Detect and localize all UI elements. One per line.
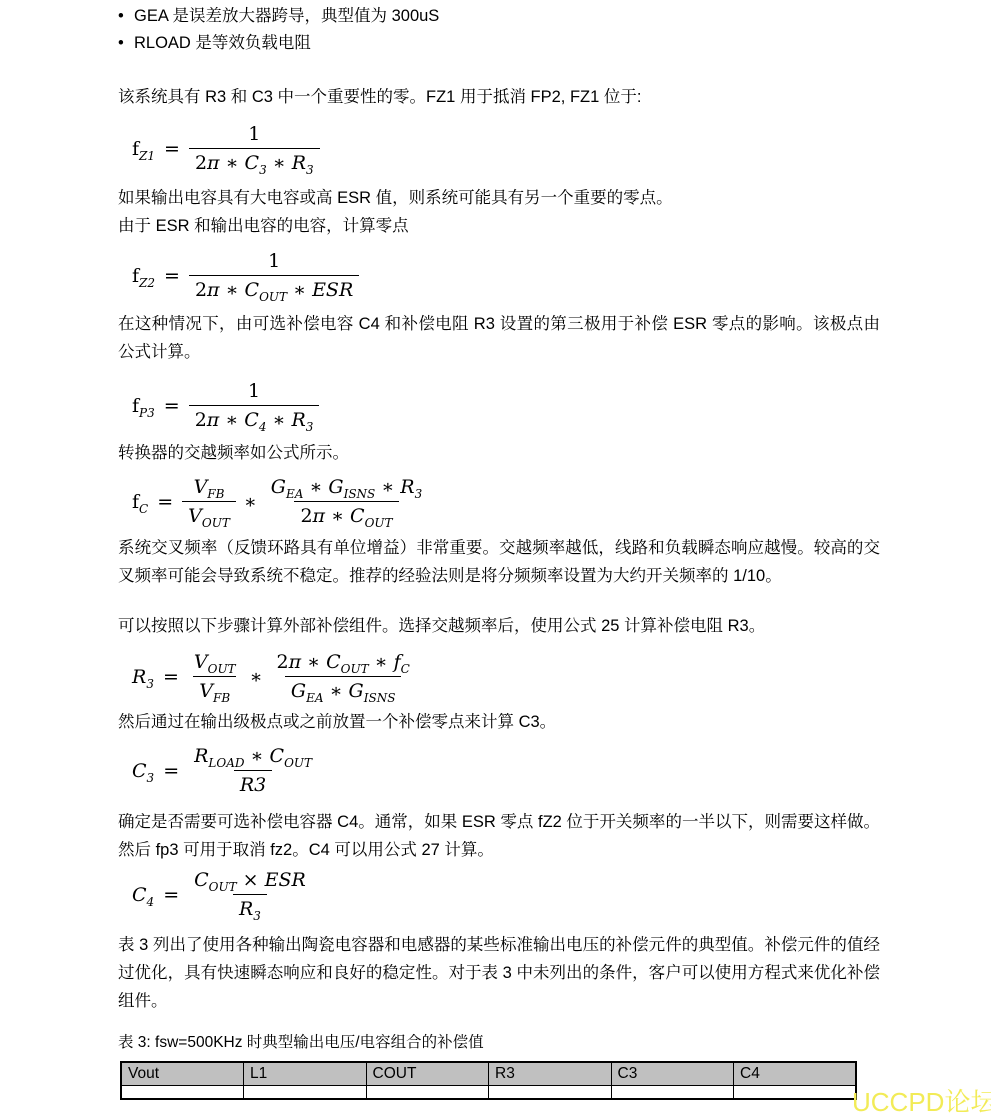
- math-token: π: [207, 152, 220, 174]
- math-token: OUT: [209, 880, 237, 894]
- numerator: VOUT: [188, 651, 242, 676]
- numerator: RLOAD ∗ COUT: [188, 745, 318, 770]
- math-token: 2: [277, 651, 289, 673]
- fraction: 2π ∗ COUT ∗ fCGEA ∗ GISNS: [271, 651, 416, 702]
- compensation-table: Vout L1 COUT R3 C3 C4: [120, 1061, 857, 1100]
- formula-fz2: fZ2=12π ∗ COUT ∗ ESR: [132, 250, 880, 301]
- math-token: 3: [253, 909, 261, 923]
- paragraph-after-fz2: 在这种情况下，由可选补偿电容 C4 和补偿电阻 R3 设置的第三极用于补偿 ES…: [118, 310, 880, 366]
- math-token: ESR: [312, 279, 353, 301]
- math-token: G: [328, 476, 343, 498]
- math-token: 3: [306, 420, 314, 434]
- page-root: { "bullets": { "marker": "•", "items": […: [0, 0, 991, 1115]
- math-token: ∗: [303, 476, 328, 498]
- table-row: [121, 1086, 856, 1100]
- fraction: GEA ∗ GISNS ∗ R32π ∗ COUT: [265, 476, 428, 527]
- math-token: f: [132, 138, 139, 160]
- math-token: R3: [240, 774, 266, 796]
- equals-sign: =: [164, 265, 180, 287]
- math-token: ∗: [325, 505, 350, 527]
- table-cell: [734, 1086, 857, 1100]
- denominator: 2π ∗ COUT: [294, 501, 398, 527]
- math-token: ∗: [375, 476, 400, 498]
- table-header-c4: C4: [734, 1062, 857, 1086]
- math-token: 1: [248, 123, 260, 145]
- math-token: C: [401, 662, 410, 676]
- paragraph-after-fz1-line2: 由于 ESR 和输出电容的电容，计算零点: [118, 212, 880, 240]
- math-token: OUT: [202, 516, 230, 530]
- numerator: VFB: [188, 476, 231, 501]
- math-token: Z2: [139, 275, 155, 289]
- numerator: COUT × ESR: [188, 869, 312, 894]
- math-token: 3: [415, 487, 423, 501]
- math-token: OUT: [208, 662, 236, 676]
- table-cell: [611, 1086, 734, 1100]
- bullet-marker: •: [118, 30, 134, 57]
- bullet-list: • GEA 是误差放大器跨导，典型值为 300uS • RLOAD 是等效负载电…: [118, 3, 880, 57]
- numerator: 2π ∗ COUT ∗ fC: [271, 651, 416, 676]
- table-header-c3: C3: [611, 1062, 734, 1086]
- equals-sign: =: [164, 395, 180, 417]
- math-token: ESR: [265, 869, 306, 891]
- math-token: ∗: [267, 152, 292, 174]
- paragraph-after-fz1-line1: 如果输出电容具有大电容或高 ESR 值，则系统可能具有另一个重要的零点。: [118, 184, 880, 212]
- denominator: GEA ∗ GISNS: [285, 676, 402, 702]
- math-token: 2: [300, 505, 312, 527]
- equals-sign: =: [163, 760, 179, 782]
- table-header-l1: L1: [244, 1062, 367, 1086]
- math-token: f: [132, 395, 139, 417]
- math-token: R: [292, 152, 306, 174]
- denominator: 2π ∗ C4 ∗ R3: [189, 405, 320, 431]
- math-token: G: [349, 680, 364, 702]
- math-token: 3: [147, 770, 155, 784]
- math-token: EA: [286, 487, 303, 501]
- math-token: P3: [139, 405, 155, 419]
- math-token: G: [271, 476, 286, 498]
- formula-lhs: fZ2: [132, 265, 155, 287]
- math-token: V: [188, 505, 202, 527]
- equals-sign: =: [157, 491, 173, 513]
- table-caption: 表 3: fsw=500KHz 时典型输出电压/电容组合的补偿值: [118, 1031, 880, 1055]
- math-token: R: [132, 666, 146, 688]
- math-token: f: [394, 651, 401, 673]
- math-token: R: [194, 745, 208, 767]
- formula-fc: fC=VFBVOUT∗GEA ∗ GISNS ∗ R32π ∗ COUT: [132, 476, 880, 527]
- fraction: VFBVOUT: [182, 476, 236, 527]
- equals-sign: =: [163, 666, 179, 688]
- math-token: 2: [195, 279, 207, 301]
- bullet-text: GEA 是误差放大器跨导，典型值为 300uS: [134, 3, 439, 30]
- math-token: C: [139, 501, 148, 515]
- math-token: V: [194, 651, 208, 673]
- math-token: FB: [213, 691, 230, 705]
- bullet-marker: •: [118, 3, 134, 30]
- denominator: R3: [233, 894, 267, 920]
- math-token: C: [245, 279, 260, 301]
- math-token: π: [313, 505, 326, 527]
- math-token: 1: [248, 380, 260, 402]
- math-token: ∗: [301, 651, 326, 673]
- math-token: ∗: [219, 409, 244, 431]
- math-token: 4: [147, 894, 155, 908]
- math-token: C: [326, 651, 341, 673]
- math-token: C: [245, 152, 260, 174]
- math-token: V: [194, 476, 208, 498]
- multiply-operator: ∗: [250, 666, 263, 688]
- denominator: 2π ∗ C3 ∗ R3: [189, 148, 320, 174]
- table-header-cout: COUT: [366, 1062, 489, 1086]
- math-token: C: [132, 884, 147, 906]
- math-token: G: [291, 680, 306, 702]
- math-token: R: [400, 476, 414, 498]
- math-token: C: [244, 409, 259, 431]
- math-token: ∗: [220, 152, 245, 174]
- formula-c4: C4=COUT × ESRR3: [132, 869, 880, 920]
- bullet-text: RLOAD 是等效负载电阻: [134, 30, 311, 57]
- formula-lhs: C3: [132, 760, 154, 782]
- math-token: ∗: [266, 409, 291, 431]
- paragraph-after-fc: 系统交叉频率（反馈环路具有单位增益）非常重要。交越频率越低，线路和负载瞬态响应越…: [118, 534, 880, 590]
- fraction: COUT × ESRR3: [188, 869, 312, 920]
- fraction: RLOAD ∗ COUTR3: [188, 745, 318, 796]
- paragraph-steps: 可以按照以下步骤计算外部补偿组件。选择交越频率后，使用公式 25 计算补偿电阻 …: [118, 612, 880, 640]
- formula-lhs: C4: [132, 884, 154, 906]
- bullet-item: • GEA 是误差放大器跨导，典型值为 300uS: [118, 3, 880, 30]
- equals-sign: =: [163, 884, 179, 906]
- denominator: 2π ∗ COUT ∗ ESR: [189, 275, 359, 301]
- table-header-r3: R3: [489, 1062, 612, 1086]
- math-token: OUT: [365, 516, 393, 530]
- table-cell: [366, 1086, 489, 1100]
- formula-lhs: fP3: [132, 395, 155, 417]
- formula-fp3: fP3=12π ∗ C4 ∗ R3: [132, 380, 880, 431]
- math-token: 2: [195, 409, 207, 431]
- math-token: C: [194, 869, 209, 891]
- math-token: ×: [237, 869, 265, 891]
- watermark: UCCPD论坛: [852, 1082, 991, 1115]
- denominator: R3: [234, 770, 272, 796]
- math-token: 3: [259, 163, 267, 177]
- fraction: 12π ∗ C4 ∗ R3: [189, 380, 320, 431]
- math-token: ∗: [369, 651, 394, 673]
- paragraph-c4-decision: 确定是否需要可选补偿电容器 C4。通常，如果 ESR 零点 fZ2 位于开关频率…: [118, 808, 880, 864]
- numerator: 1: [262, 250, 286, 275]
- math-token: ISNS: [364, 691, 396, 705]
- fraction: 12π ∗ C3 ∗ R3: [189, 123, 320, 174]
- math-token: 1: [268, 250, 280, 272]
- formula-lhs: fC: [132, 491, 148, 513]
- math-token: ∗: [220, 279, 245, 301]
- math-token: FB: [207, 487, 224, 501]
- math-token: ISNS: [344, 487, 376, 501]
- paragraph-after-fp3: 转换器的交越频率如公式所示。: [118, 439, 880, 467]
- math-token: OUT: [341, 662, 369, 676]
- math-token: f: [132, 491, 139, 513]
- table-cell: [489, 1086, 612, 1100]
- math-token: Z1: [139, 148, 155, 162]
- numerator: 1: [242, 123, 266, 148]
- numerator: GEA ∗ GISNS ∗ R3: [265, 476, 428, 501]
- math-token: π: [207, 279, 220, 301]
- formula-r3: R3=VOUTVFB∗2π ∗ COUT ∗ fCGEA ∗ GISNS: [132, 651, 880, 702]
- math-token: f: [132, 265, 139, 287]
- math-token: π: [289, 651, 302, 673]
- math-token: C: [350, 505, 365, 527]
- math-token: EA: [306, 691, 323, 705]
- equals-sign: =: [164, 138, 180, 160]
- math-token: ∗: [287, 279, 312, 301]
- math-token: ∗: [245, 745, 270, 767]
- document-content: • GEA 是误差放大器跨导，典型值为 300uS • RLOAD 是等效负载电…: [118, 0, 880, 1100]
- formula-c3: C3=RLOAD ∗ COUTR3: [132, 745, 880, 796]
- math-token: R: [239, 898, 253, 920]
- math-token: C: [270, 745, 285, 767]
- paragraph-after-r3: 然后通过在输出级极点或之前放置一个补偿零点来计算 C3。: [118, 708, 880, 736]
- formula-lhs: R3: [132, 666, 154, 688]
- numerator: 1: [242, 380, 266, 405]
- math-token: 3: [306, 163, 314, 177]
- math-token: OUT: [259, 290, 287, 304]
- math-token: LOAD: [208, 756, 244, 770]
- math-token: OUT: [284, 756, 312, 770]
- formula-fz1: fZ1=12π ∗ C3 ∗ R3: [132, 123, 880, 174]
- math-token: ∗: [324, 680, 349, 702]
- bullet-item: • RLOAD 是等效负载电阻: [118, 30, 880, 57]
- fraction: 12π ∗ COUT ∗ ESR: [189, 250, 359, 301]
- table-header-row: Vout L1 COUT R3 C3 C4: [121, 1062, 856, 1086]
- table-cell: [244, 1086, 367, 1100]
- math-token: 3: [146, 676, 154, 690]
- paragraph-table-intro: 表 3 列出了使用各种输出陶瓷电容器和电感器的某些标准输出电压的补偿元件的典型值…: [118, 931, 880, 1015]
- table-cell: [121, 1086, 244, 1100]
- math-token: C: [132, 760, 147, 782]
- math-token: 2: [195, 152, 207, 174]
- fraction: VOUTVFB: [188, 651, 242, 702]
- math-token: V: [199, 680, 213, 702]
- paragraph-intro: 该系统具有 R3 和 C3 中一个重要性的零。FZ1 用于抵消 FP2, FZ1…: [118, 83, 880, 111]
- denominator: VFB: [193, 676, 236, 702]
- formula-lhs: fZ1: [132, 138, 155, 160]
- multiply-operator: ∗: [244, 491, 257, 513]
- table-header-vout: Vout: [121, 1062, 244, 1086]
- math-token: R: [291, 409, 305, 431]
- math-token: π: [207, 409, 220, 431]
- denominator: VOUT: [182, 501, 236, 527]
